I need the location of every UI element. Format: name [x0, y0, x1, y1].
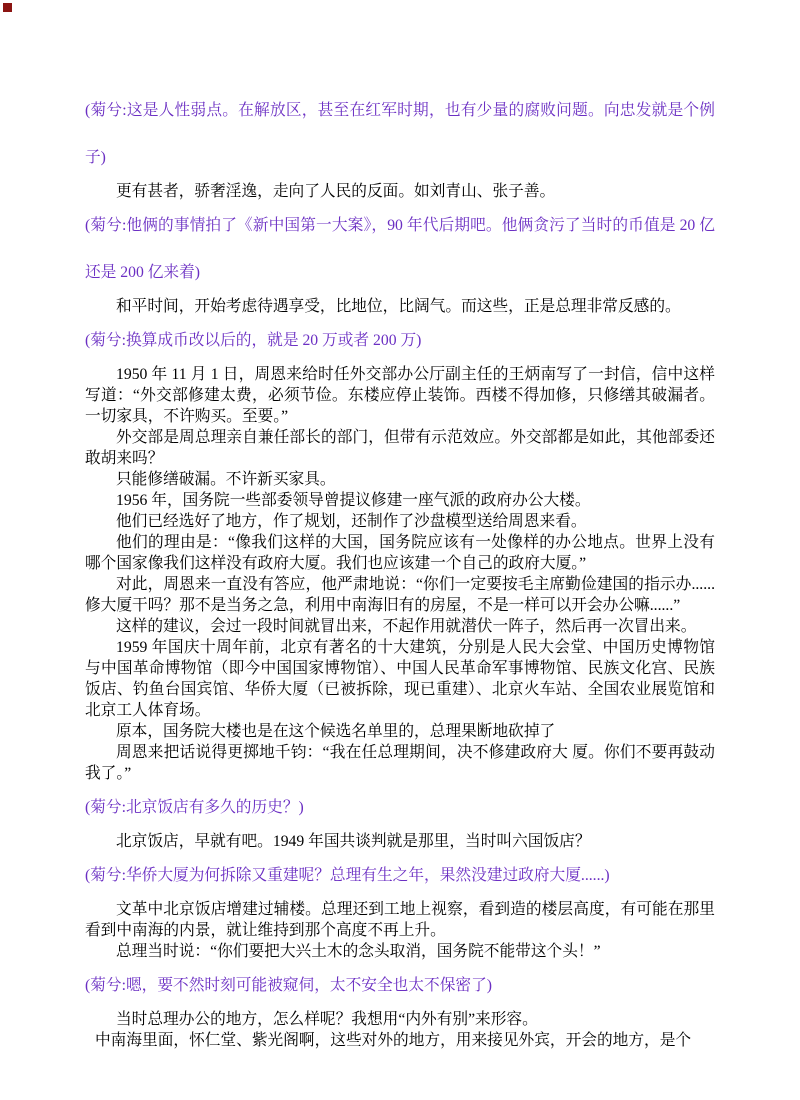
body-paragraph: 1959 年国庆十周年前，北京有著名的十大建筑，分别是人民大会堂、中国历史博物馆… [85, 637, 715, 721]
body-paragraph: 文革中北京饭店增建过辅楼。总理还到工地上视察，看到造的楼层高度，有可能在那里看到… [85, 899, 715, 941]
body-paragraph: 只能修缮破漏。不许新买家具。 [85, 469, 715, 490]
body-paragraph: 北京饭店，早就有吧。1949 年国共谈判就是那里，当时叫六国饭店？ [85, 831, 715, 852]
annotation-paragraph: (菊兮:华侨大厦为何拆除又重建呢？总理有生之年，果然没建过政府大厦......) [85, 852, 715, 899]
annotation-paragraph: (菊兮:北京饭店有多久的历史？) [85, 784, 715, 831]
body-paragraph: 1956 年，国务院一些部委领导曾提议修建一座气派的政府办公大楼。 [85, 490, 715, 511]
body-paragraph: 这样的建议，会过一段时间就冒出来，不起作用就潜伏一阵子，然后再一次冒出来。 [85, 616, 715, 637]
body-paragraph: 他们已经选好了地方，作了规划，还制作了沙盘模型送给周恩来看。 [85, 511, 715, 532]
annotation-paragraph: (菊兮:他俩的事情拍了《新中国第一大案》，90 年代后期吧。他俩贪污了当时的币值… [85, 202, 715, 296]
annotation-paragraph: (菊兮:嗯，要不然时刻可能被窥伺，太不安全也太不保密了) [85, 962, 715, 1009]
body-paragraph: 总理当时说：“你们要把大兴土木的念头取消，国务院不能带这个头！” [85, 941, 715, 962]
body-paragraph: 1950 年 11 月 1 日，周恩来给时任外交部办公厅副主任的王炳南写了一封信… [85, 364, 715, 427]
red-corner-marker [3, 3, 12, 12]
annotation-paragraph: (菊兮:这是人性弱点。在解放区，甚至在红军时期，也有少量的腐败问题。向忠发就是个… [85, 87, 715, 181]
annotation-paragraph: (菊兮:换算成币改以后的，就是 20 万或者 200 万) [85, 317, 715, 364]
body-paragraph: 中南海里面，怀仁堂、紫光阁啊，这些对外的地方，用来接见外宾，开会的地方，是个 [85, 1030, 715, 1051]
body-paragraph: 周恩来把话说得更掷地千钧：“我在任总理期间，决不修建政府大 厦。你们不要再鼓动我… [85, 742, 715, 784]
document-text-area: (菊兮:这是人性弱点。在解放区，甚至在红军时期，也有少量的腐败问题。向忠发就是个… [85, 87, 715, 1051]
body-paragraph: 外交部是周总理亲自兼任部长的部门，但带有示范效应。外交部都是如此，其他部委还敢胡… [85, 427, 715, 469]
body-paragraph: 和平时间，开始考虑待遇享受，比地位，比阔气。而这些，正是总理非常反感的。 [85, 296, 715, 317]
document-page: (菊兮:这是人性弱点。在解放区，甚至在红军时期，也有少量的腐败问题。向忠发就是个… [0, 0, 800, 1100]
body-paragraph: 原本，国务院大楼也是在这个候选名单里的，总理果断地砍掉了 [85, 721, 715, 742]
body-paragraph: 更有甚者，骄奢淫逸，走向了人民的反面。如刘青山、张子善。 [85, 181, 715, 202]
body-paragraph: 对此，周恩来一直没有答应，他严肃地说：“你们一定要按毛主席勤俭建国的指示办...… [85, 574, 715, 616]
body-paragraph: 当时总理办公的地方，怎么样呢？我想用“内外有别”来形容。 [85, 1009, 715, 1030]
body-paragraph: 他们的理由是：“像我们这样的大国，国务院应该有一处像样的办公地点。世界上没有哪个… [85, 532, 715, 574]
